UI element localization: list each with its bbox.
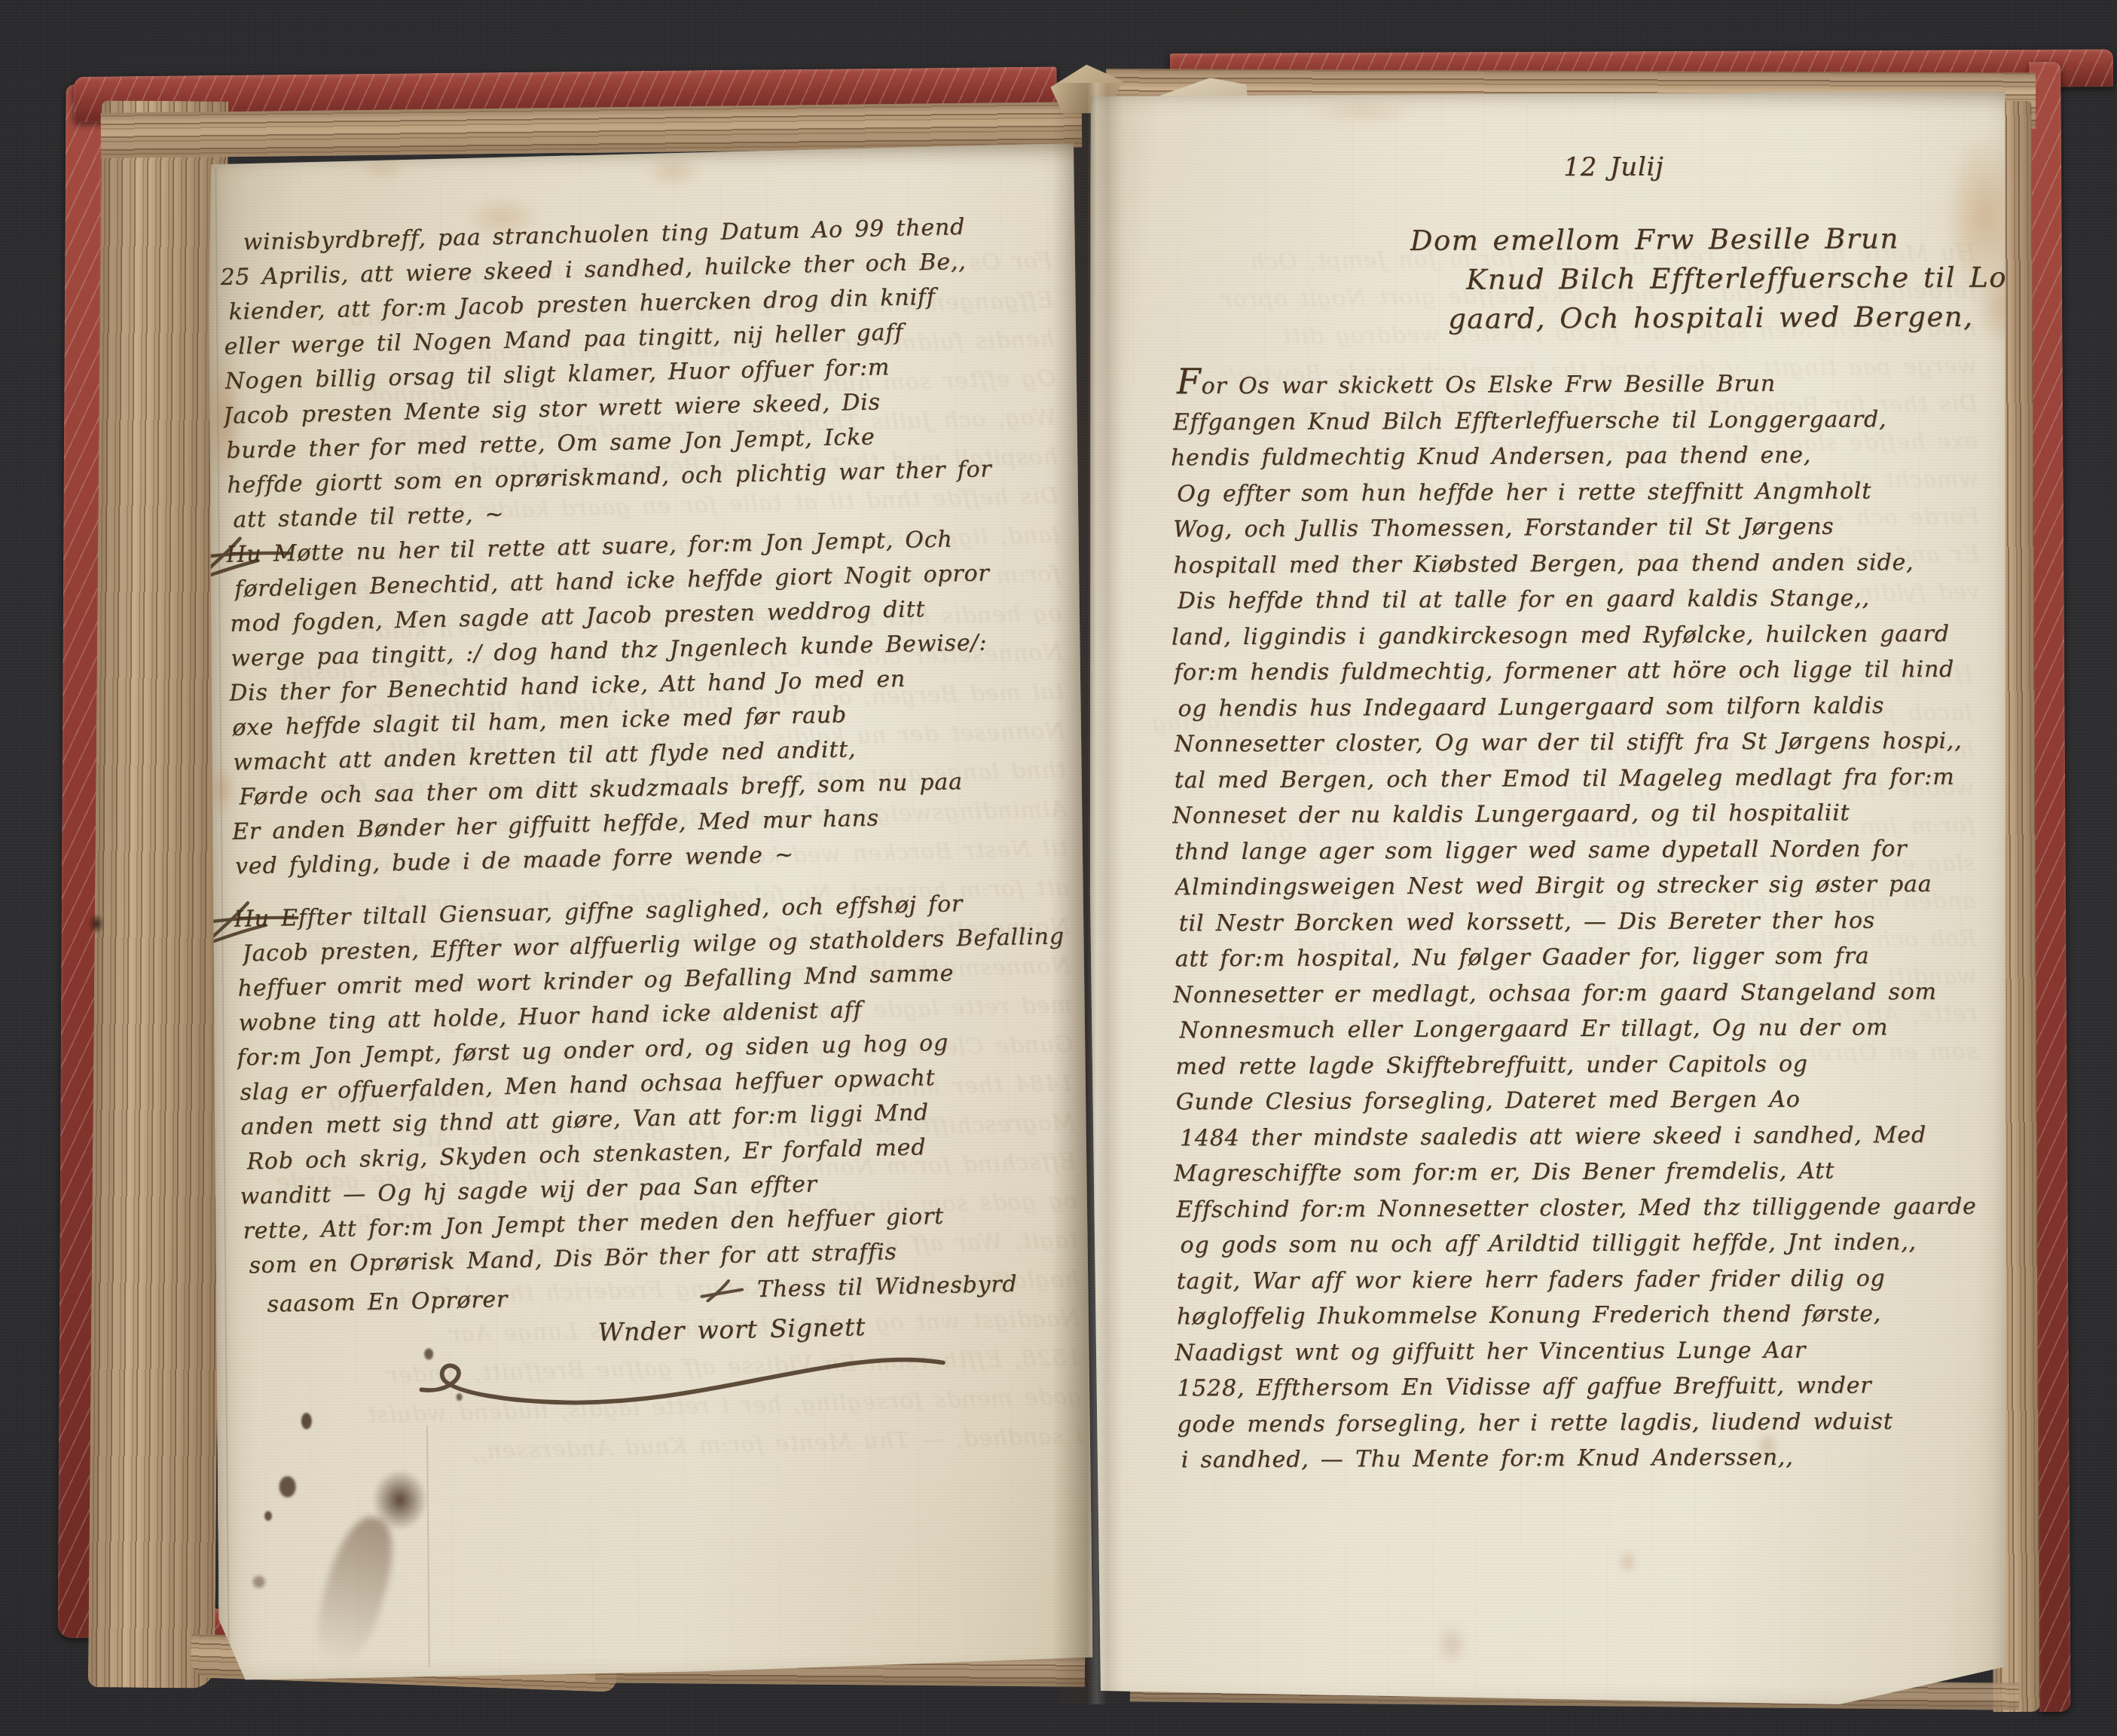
page-block-edge-left	[88, 100, 228, 1688]
manuscript-line: i sandhed, — Thu Mente for:m Knud Anders…	[1181, 1438, 2029, 1478]
page-crease	[426, 1426, 430, 1667]
manuscript-line: 1528, Effthersom En Vidisse aff gaffue B…	[1177, 1367, 2028, 1406]
manuscript-line: Effschind for:m Nonnesetter closter, Med…	[1176, 1188, 2027, 1227]
manuscript-line: Dis heffde thnd til at talle for en gaar…	[1178, 579, 2025, 619]
manuscript-line: til Nestr Borcken wed korssett, — Dis Be…	[1179, 902, 2027, 941]
manuscript-line: Effgangen Knud Bilch Effterleffuersche t…	[1173, 401, 2024, 440]
manuscript-line: gode mends forsegling, her i rette lagdi…	[1177, 1403, 2028, 1442]
manuscript-line: Wog, och Jullis Thomessen, Forstander ti…	[1173, 508, 2024, 547]
right-page-text: 12 Julij Dom emellom Frw Besille BrunKnu…	[1172, 149, 2029, 1478]
manuscript-line: tal med Bergen, och ther Emod til Magele…	[1175, 759, 2026, 798]
left-page-text: winisbyrdbreff, paa stranchuolen ting Da…	[221, 208, 1100, 1426]
manuscript-line: høgloffelig Ihukommelse Konung Frederich…	[1177, 1295, 2028, 1334]
ink-smudge-tail	[304, 1510, 405, 1675]
date-header: 12 Julij	[1563, 149, 2023, 183]
manuscript-line: thnd lange ager som ligger wed same dype…	[1175, 830, 2026, 870]
ink-spot	[280, 1476, 296, 1497]
left-paragraph-1: winisbyrdbreff, paa stranchuolen ting Da…	[221, 208, 1081, 538]
manuscript-line: gaard, Och hospitali wed Bergen,	[1448, 297, 2024, 338]
manuscript-line: Naadigst wnt og giffuitt her Vincentius …	[1175, 1331, 2028, 1371]
manuscript-line: For Os war skickett Os Elske Frw Besille…	[1176, 363, 2024, 404]
right-page: Hu Møtte nu her til rette att suare, for…	[1082, 87, 2014, 1705]
manuscript-line: Nonnesetter er medlagt, ochsaa for:m gaa…	[1173, 973, 2027, 1013]
manuscript-line: og hendis hus Indegaard Lungergaard som …	[1178, 687, 2025, 726]
ink-smudge-head	[365, 1462, 435, 1539]
manuscript-line: Gunde Clesius forsegling, Dateret med Be…	[1176, 1080, 2027, 1120]
manuscript-line: Nonneset der nu kaldis Lungergaard, og t…	[1172, 794, 2026, 833]
closing-left-text: saasom En Oprører	[267, 1282, 509, 1322]
ink-spot	[253, 1576, 265, 1588]
manuscript-line: hospitall med ther Kiøbsted Bergen, paa …	[1173, 544, 2024, 583]
left-page: For Os war skickett Os Elske Frw Besille…	[206, 143, 1093, 1680]
photograph-open-manuscript-book: For Os war skickett Os Elske Frw Besille…	[0, 0, 2117, 1736]
entry-heading: Dom emellom Frw Besille BrunKnud Bilch E…	[1172, 219, 2024, 340]
foxing-stain	[1428, 1612, 1476, 1676]
left-paragraph-3: Hu Effter tiltall Giensuar, giffne sagli…	[236, 885, 1097, 1284]
foxing-stain	[1613, 1543, 1642, 1579]
manuscript-line: i sandhed, — Thu Mente for:m Knud Anders…	[246, 1417, 1083, 1478]
manuscript-line: med rette lagde Skifftebreffuitt, under …	[1175, 1045, 2027, 1084]
manuscript-line: att for:m hospital, Nu følger Gaader for…	[1175, 937, 2027, 976]
manuscript-line: Nonnesetter closter, Og war der til stif…	[1174, 723, 2025, 762]
foxing-stain	[628, 148, 719, 195]
manuscript-line: hendis fuldmechtig Knud Andersen, paa th…	[1171, 436, 2024, 475]
closing-right-text: Thess til Widnesbyrd	[756, 1267, 1017, 1307]
signature-flourish-icon	[402, 1337, 961, 1422]
manuscript-line: for:m hendis fuldmechtig, formener att h…	[1174, 651, 2025, 690]
manuscript-line: Knud Bilch Effterleffuersche til Longer,…	[1466, 258, 2024, 299]
manuscript-line: Nonnesmuch eller Longergaard Er tillagt,…	[1179, 1009, 2027, 1048]
entry-body: For Os war skickett Os Elske Frw Besille…	[1172, 363, 2028, 1478]
manuscript-line: Og effter som hun heffde her i rette ste…	[1177, 472, 2024, 512]
left-paragraph-2: Hu Møtte nu her til rette att suare, for…	[228, 520, 1089, 885]
ink-spot	[264, 1511, 272, 1521]
manuscript-line: Dom emellom Frw Besille Brun	[1410, 219, 2024, 261]
foxing-stain	[1278, 92, 1448, 132]
manuscript-line: 1484 ther mindste saaledis att wiere ske…	[1180, 1117, 2027, 1156]
manuscript-line: og gods som nu och aff Arildtid tilliggi…	[1180, 1224, 2027, 1263]
manuscript-line: Almindingsweigen Nest wed Birgit og stre…	[1175, 866, 2026, 905]
manuscript-line: tagit, War aff wor kiere herr faders fad…	[1177, 1260, 2028, 1299]
manuscript-line: Magreschiffte som for:m er, Dis Bener fr…	[1174, 1152, 2027, 1191]
cross-stroke-flourish-icon	[698, 1279, 747, 1302]
manuscript-line: land, liggindis i gandkirckesogn med Ryf…	[1172, 616, 2025, 655]
